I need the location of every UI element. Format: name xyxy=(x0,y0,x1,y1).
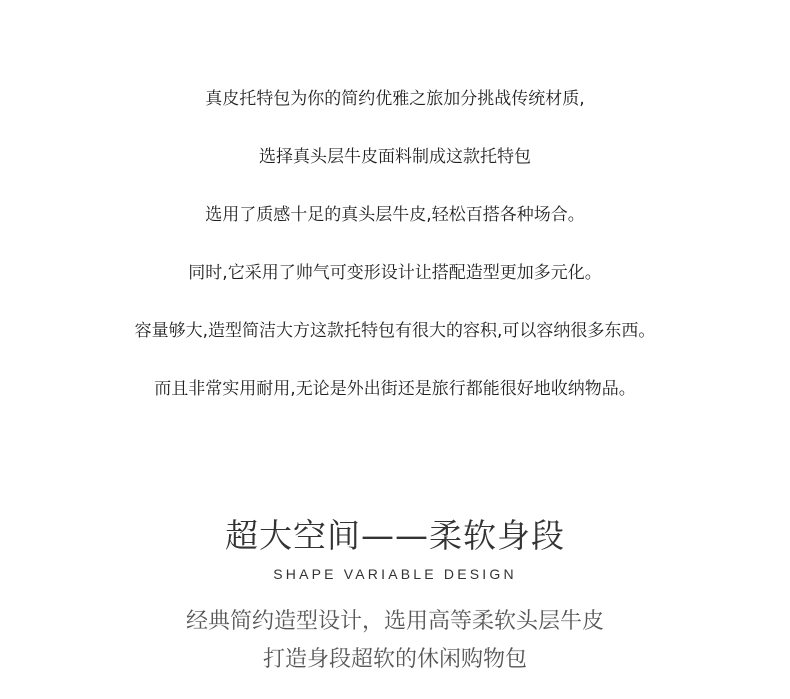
feature-title: 超大空间——柔软身段 xyxy=(0,514,790,558)
feature-subtitle: SHAPE VARIABLE DESIGN xyxy=(0,564,790,584)
feature-description-line: 经典简约造型设计，选用高等柔软头层牛皮 xyxy=(0,607,790,637)
intro-line: 选用了质感十足的真头层牛皮,轻松百搭各种场合。 xyxy=(0,203,790,227)
intro-line: 而且非常实用耐用,无论是外出街还是旅行都能很好地收纳物品。 xyxy=(0,377,790,401)
intro-line: 容量够大,造型简洁大方这款托特包有很大的容积,可以容纳很多东西。 xyxy=(0,319,790,343)
feature-description-line: 打造身段超软的休闲购物包 xyxy=(0,645,790,675)
intro-line: 真皮托特包为你的简约优雅之旅加分挑战传统材质, xyxy=(0,87,790,111)
intro-line: 同时,它采用了帅气可变形设计让搭配造型更加多元化。 xyxy=(0,261,790,285)
intro-line: 选择真头层牛皮面料制成这款托特包 xyxy=(0,145,790,169)
